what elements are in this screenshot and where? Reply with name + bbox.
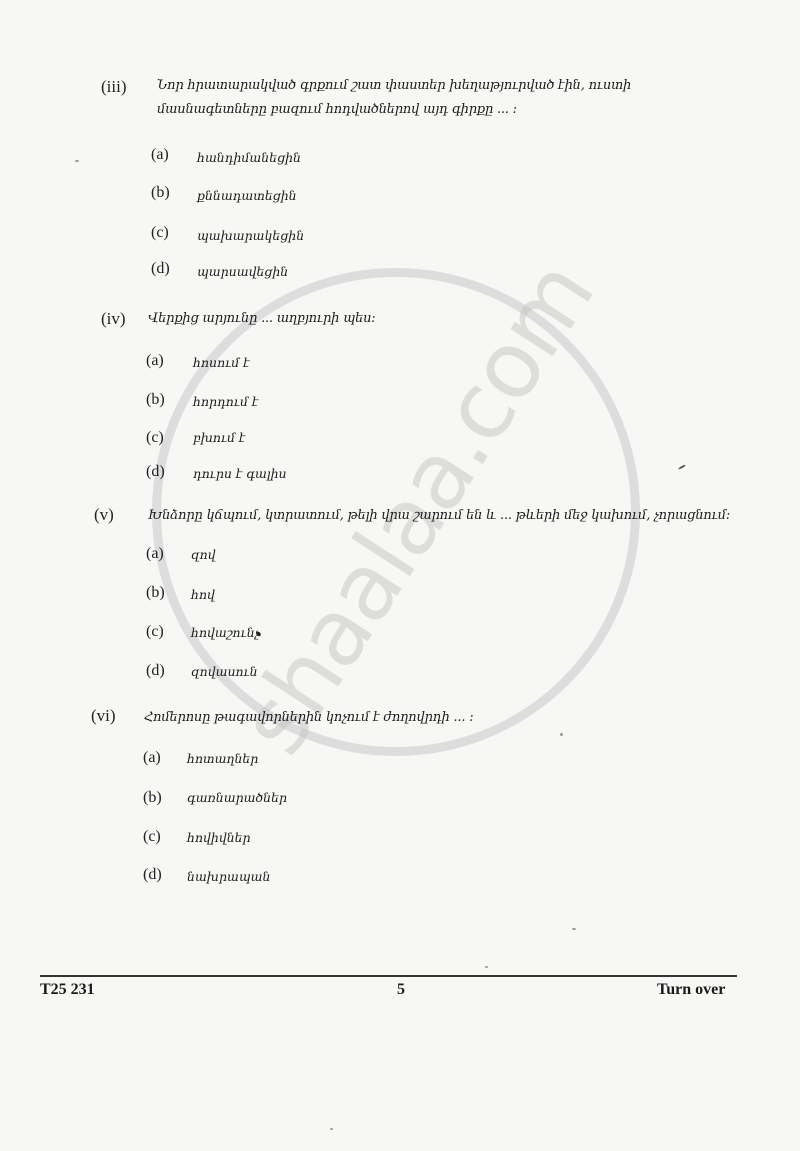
option-text: գառնարածներ xyxy=(187,790,287,805)
footer-divider xyxy=(40,975,737,977)
question-text-line1: Հոմերոսը թագավորներին կոչում է ժողովրդի … xyxy=(144,705,473,731)
scan-speck xyxy=(75,160,79,162)
option-text: պարսավեցին xyxy=(197,264,288,279)
option-text: հանդիմանեցին xyxy=(197,150,301,165)
option-text: դուրս է գալիս xyxy=(193,466,287,481)
option-label: (d) xyxy=(146,463,165,481)
question-number: (v) xyxy=(94,505,114,525)
watermark-text: shaalaa.com xyxy=(219,295,581,773)
option-label: (c) xyxy=(146,623,164,641)
turn-over-label: Turn over xyxy=(657,981,725,999)
paper-code: T25 231 xyxy=(40,981,95,999)
option-label: (c) xyxy=(143,828,161,846)
exam-page: shaalaa.com (iii) Նոր հրատարակված գրքում… xyxy=(0,0,800,1151)
question-text-line1: Նոր հրատարակված գրքում շատ փաստեր խեղաթյ… xyxy=(157,73,631,99)
scan-speck xyxy=(572,928,576,930)
option-text: զով xyxy=(191,547,216,562)
option-label: (a) xyxy=(151,146,169,164)
scan-speck xyxy=(678,464,686,470)
question-number: (vi) xyxy=(91,706,116,726)
option-label: (b) xyxy=(146,584,165,602)
option-label: (a) xyxy=(146,352,164,370)
option-label: (d) xyxy=(146,662,165,680)
option-text: զովասուն xyxy=(191,664,258,679)
option-text: հոսում է xyxy=(193,355,250,370)
option-text: բխում է xyxy=(193,430,245,445)
question-number: (iv) xyxy=(101,309,126,329)
option-label: (c) xyxy=(146,429,164,447)
option-label: (c) xyxy=(151,224,169,242)
option-text: հորդում է xyxy=(193,394,258,409)
option-label: (b) xyxy=(143,789,162,807)
option-text: հովաշունչ xyxy=(191,625,259,640)
option-label: (b) xyxy=(146,391,165,409)
option-text: նախրապան xyxy=(187,869,270,884)
option-text: հովիվներ xyxy=(187,830,251,845)
scan-speck xyxy=(560,733,563,736)
scan-speck xyxy=(485,966,488,968)
option-label: (d) xyxy=(151,260,170,278)
question-text-line1: Վերքից արյունը ... աղբյուրի պես: xyxy=(148,306,375,332)
option-label: (d) xyxy=(143,866,162,884)
option-text: հոտաղներ xyxy=(187,751,258,766)
option-label: (a) xyxy=(143,749,161,767)
question-text-line2: մասնագետները բազում հոդվածներով այդ գիրք… xyxy=(157,97,517,123)
question-number: (iii) xyxy=(101,77,127,97)
option-label: (b) xyxy=(151,184,170,202)
page-number: 5 xyxy=(397,981,405,999)
scan-speck xyxy=(330,1128,333,1130)
question-text-line1: Խնձորը կճպում, կտրատում, թելի վրա շարում… xyxy=(148,503,730,529)
option-text: քննադատեցին xyxy=(197,188,297,203)
option-label: (a) xyxy=(146,545,164,563)
option-text: պախարակեցին xyxy=(197,228,304,243)
option-text: հով xyxy=(191,587,215,602)
